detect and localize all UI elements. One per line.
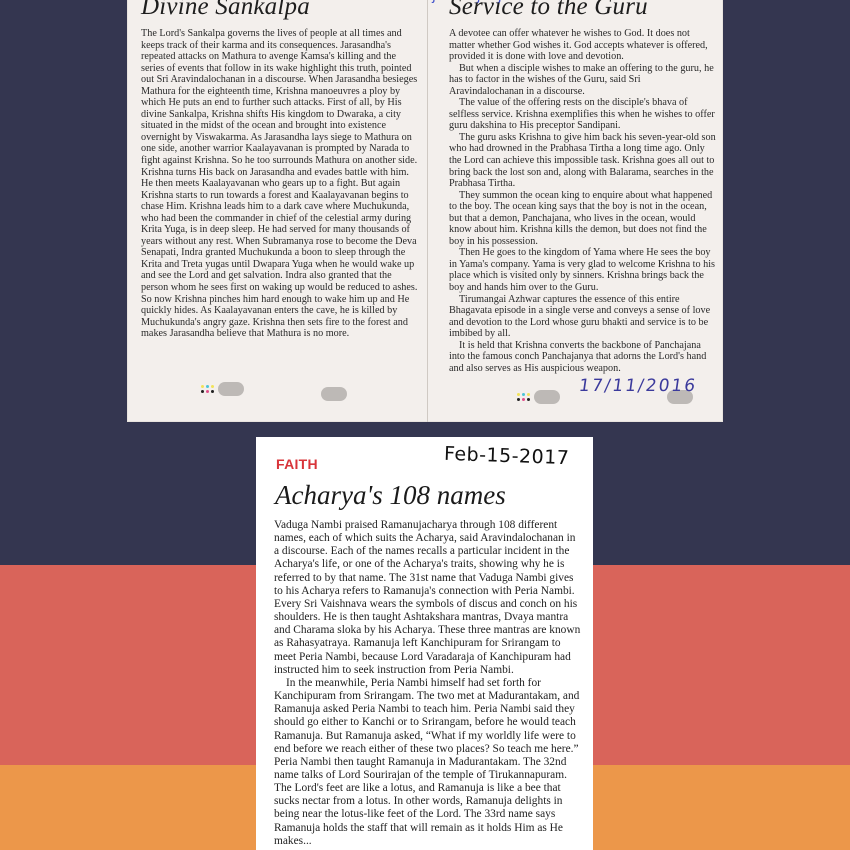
section-kicker: FAITH bbox=[276, 456, 318, 472]
article-paragraph: Tirumangai Azhwar captures the essence o… bbox=[449, 294, 717, 340]
article-body: A devotee can offer whatever he wishes t… bbox=[449, 28, 717, 374]
registration-marks bbox=[201, 382, 244, 396]
article-paragraph: Then He goes to the kingdom of Yama wher… bbox=[449, 247, 717, 293]
article-paragraph: The Lord's Sankalpa governs the lives of… bbox=[141, 28, 419, 340]
handwritten-date: 17/11/2016 bbox=[578, 376, 699, 396]
registration-marks bbox=[517, 390, 560, 404]
article-paragraph: But when a disciple wishes to make an of… bbox=[449, 63, 717, 98]
article-paragraph: The guru asks Krishna to give him back h… bbox=[449, 132, 717, 190]
article-paragraph: A devotee can offer whatever he wishes t… bbox=[449, 28, 717, 63]
article-paragraph: Vaduga Nambi praised Ramanujacharya thro… bbox=[274, 519, 582, 677]
newspaper-clipping-faith: FAITH Feb-15-2017 Acharya's 108 names Va… bbox=[256, 437, 593, 850]
article-paragraph: They summon the ocean king to enquire ab… bbox=[449, 190, 717, 248]
fold-line bbox=[427, 0, 428, 422]
color-dots-icon bbox=[517, 393, 531, 401]
registration-pill bbox=[534, 390, 560, 404]
article-service-to-the-guru: Service to the Guru A devotee can offer … bbox=[449, 0, 717, 374]
article-title: Divine Sankalpa bbox=[141, 0, 419, 22]
article-paragraph: In the meanwhile, Peria Nambi himself ha… bbox=[274, 677, 582, 848]
article-body: Vaduga Nambi praised Ramanujacharya thro… bbox=[274, 519, 582, 848]
registration-pill bbox=[218, 382, 244, 396]
article-divine-sankalpa: Divine Sankalpa The Lord's Sankalpa gove… bbox=[141, 0, 419, 340]
article-paragraph: The value of the offering rests on the d… bbox=[449, 97, 717, 132]
newspaper-clipping-top: ʃ ʕ ʃ ʃ Divine Sankalpa The Lord's Sanka… bbox=[127, 0, 723, 422]
article-body: The Lord's Sankalpa governs the lives of… bbox=[141, 28, 419, 340]
article-title: Service to the Guru bbox=[449, 0, 717, 22]
article-paragraph: It is held that Krishna converts the bac… bbox=[449, 340, 717, 375]
handwritten-date: Feb-15-2017 bbox=[444, 443, 570, 469]
article-title: Acharya's 108 names bbox=[275, 480, 506, 511]
color-dots-icon bbox=[201, 385, 215, 393]
registration-pill bbox=[321, 387, 347, 401]
